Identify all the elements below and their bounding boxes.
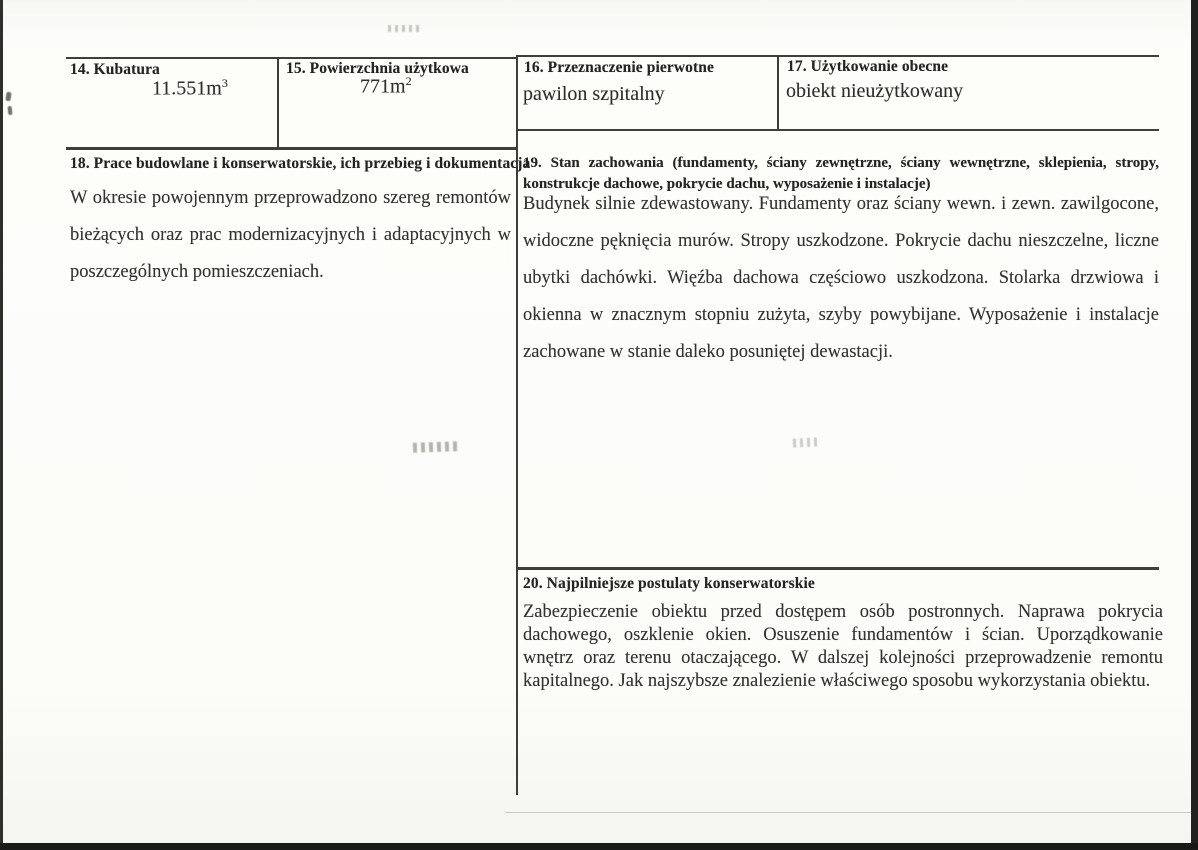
scan-edge-left — [0, 0, 3, 850]
przeznaczenie-label: 16. Przeznaczenie pierwotne — [524, 59, 714, 77]
powierzchnia-value-sup: 2 — [406, 74, 412, 88]
uzytkowanie-value: obiekt nieużytkowany — [786, 80, 963, 103]
kubatura-value-sup: 3 — [222, 76, 228, 90]
kubatura-label: 14. Kubatura — [70, 61, 160, 79]
rule-top-right — [517, 55, 1159, 57]
prace-body: W okresie powojennym przeprowadzono szer… — [70, 180, 511, 291]
scan-artifact-smudge-left — [413, 441, 459, 453]
kubatura-value-text: 11.551m — [152, 78, 222, 100]
scan-edge-bottom — [0, 843, 1198, 850]
powierzchnia-value: 771m2 — [360, 74, 412, 99]
uzytkowanie-label: 17. Użytkowanie obecne — [787, 58, 948, 76]
rule-14-15-bottom — [66, 147, 517, 150]
scan-artifact-smudge-right — [793, 437, 819, 447]
scan-artifact-speck-1 — [5, 92, 11, 102]
divider-16-17 — [777, 55, 779, 131]
divider-14-15 — [277, 57, 279, 149]
scanned-document-page: 14. Kubatura 11.551m3 15. Powierzchnia u… — [0, 0, 1198, 850]
scan-fold-line — [505, 812, 1193, 813]
postulaty-body: Zabezpieczenie obiektu przed dostępem os… — [523, 601, 1163, 693]
stan-body: Budynek silnie zdewastowany. Fundamenty … — [523, 186, 1159, 371]
powierzchnia-value-text: 771m — [360, 76, 406, 98]
rule-top-left — [66, 57, 517, 59]
rule-20-top — [517, 567, 1159, 570]
postulaty-label: 20. Najpilniejsze postulaty konserwators… — [523, 575, 815, 593]
rule-16-17-bottom — [517, 129, 1159, 131]
prace-label: 18. Prace budowlane i konserwatorskie, i… — [70, 155, 530, 173]
przeznaczenie-value: pawilon szpitalny — [523, 83, 665, 106]
scan-artifact-speck-2 — [8, 106, 13, 115]
scan-edge-right — [1191, 0, 1198, 850]
scan-artifact-smudge-top — [388, 25, 422, 32]
kubatura-value: 11.551m3 — [152, 76, 228, 101]
